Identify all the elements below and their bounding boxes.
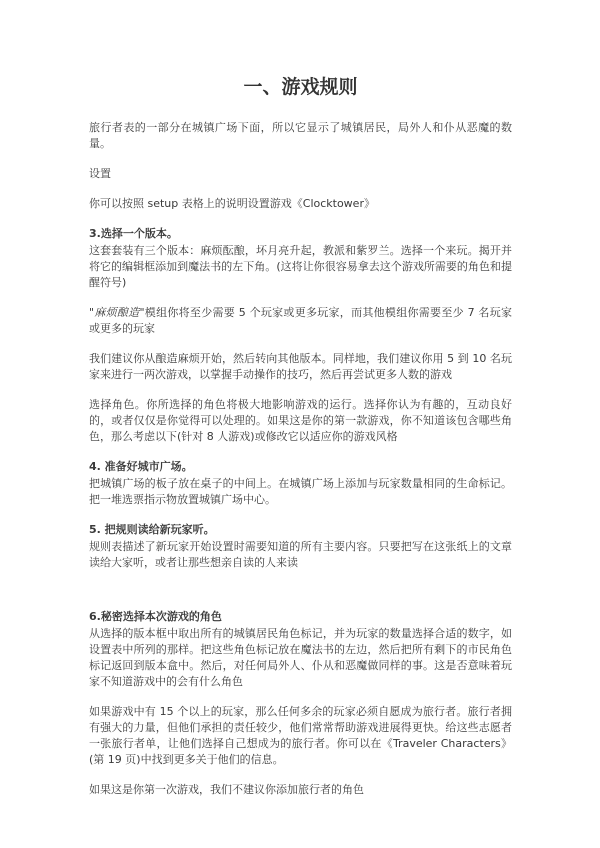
edition-name-italic: "麻烦酿造" (89, 306, 145, 319)
paragraph-travelers: 如果游戏中有 15 个以上的玩家，那么任何多余的玩家必须自愿成为旅行者。旅行者拥… (89, 704, 512, 768)
paragraph-intro: 旅行者表的一部分在城镇广场下面，所以它显示了城镇居民，局外人和仆从恶魔的数量。 (89, 120, 512, 152)
section-6-heading: 6.秘密选择本次游戏的角色 (89, 609, 512, 625)
section-4-body: 把城镇广场的板子放在桌子的中间上。在城镇广场上添加与玩家数量相同的生命标记。把一… (89, 476, 512, 508)
document-page: 一、游戏规则 旅行者表的一部分在城镇广场下面，所以它显示了城镇居民，局外人和仆从… (0, 0, 600, 848)
page-title: 一、游戏规则 (89, 76, 512, 98)
paragraph-player-requirement-rest: 模组你将至少需要 5 个玩家或更多玩家，而其他模组你需要至少 7 名玩家或更多的… (89, 306, 512, 335)
paragraph-player-requirement: "麻烦酿造"模组你将至少需要 5 个玩家或更多玩家，而其他模组你需要至少 7 名… (89, 305, 512, 337)
section-6-body: 从选择的版本框中取出所有的城镇居民角色标记，并为玩家的数量选择合适的数字，如设置… (89, 626, 512, 690)
paragraph-choose-characters: 选择角色。你所选择的角色将极大地影响游戏的运行。选择你认为有趣的，互动良好的，或… (89, 397, 512, 445)
section-5-heading: 5. 把规则读给新玩家听。 (89, 522, 512, 538)
paragraph-setup-label: 设置 (89, 166, 512, 182)
section-3-heading: 3.选择一个版本。 (89, 226, 512, 242)
paragraph-setup-instruction: 你可以按照 setup 表格上的说明设置游戏《Clocktower》 (89, 196, 512, 212)
section-5-body: 规则表描述了新玩家开始设置时需要知道的所有主要内容。只要把写在这张纸上的文章读给… (89, 539, 512, 571)
section-3-body: 这套套装有三个版本：麻烦酝酿，坏月亮升起，教派和紫罗兰。选择一个来玩。揭开并将它… (89, 243, 512, 291)
section-4-heading: 4. 准备好城市广场。 (89, 459, 512, 475)
paragraph-recommendation: 我们建议你从酿造麻烦开始，然后转向其他版本。同样地，我们建议你用 5 到 10 … (89, 351, 512, 383)
paragraph-first-game-note: 如果这是你第一次游戏，我们不建议你添加旅行者的角色 (89, 782, 512, 798)
